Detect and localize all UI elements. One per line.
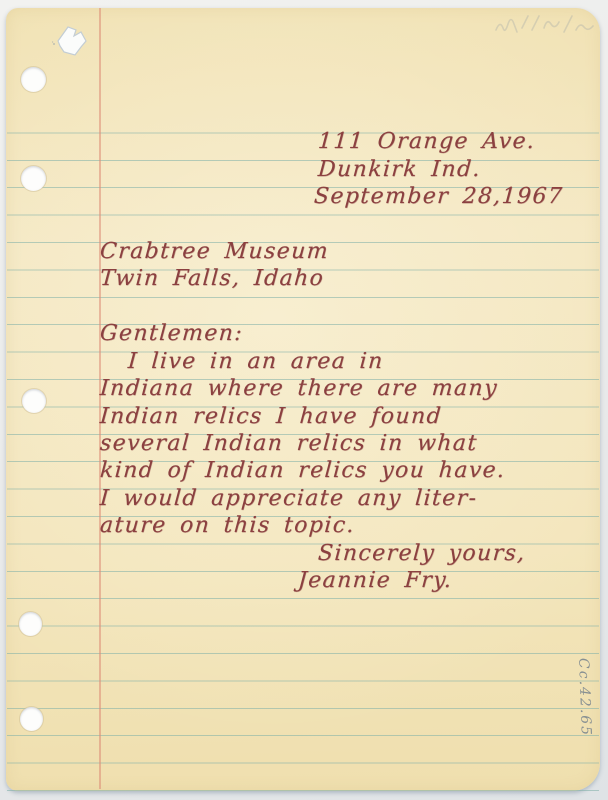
punch-hole — [22, 389, 46, 413]
recipient-line: Crabtree Museum — [99, 238, 330, 265]
body-line: ature on this topic. — [99, 512, 356, 539]
torn-hole — [52, 20, 96, 64]
faint-pencil-scribble — [492, 8, 600, 42]
punch-hole — [20, 707, 43, 731]
body-line: Indiana where there are many — [99, 375, 499, 402]
body-line: I live in an area in — [127, 348, 385, 375]
punch-hole — [19, 612, 42, 636]
body-line: I would appreciate any liter- — [99, 485, 478, 512]
punch-hole — [21, 67, 46, 92]
signature: Jeannie Fry. — [297, 567, 453, 594]
letter-date: September 28,1967 — [313, 183, 564, 210]
body-line: Indian relics I have found — [99, 403, 443, 430]
sender-address-line: Dunkirk Ind. — [317, 156, 482, 183]
punch-hole — [21, 166, 46, 191]
sender-address-line: 111 Orange Ave. — [317, 128, 536, 155]
salutation: Gentlemen: — [99, 320, 244, 347]
body-line: kind of Indian relics you have. — [99, 457, 506, 484]
body-line: several Indian relics in what — [99, 430, 479, 457]
closing: Sincerely yours, — [317, 540, 527, 567]
recipient-line: Twin Falls, Idaho — [99, 265, 325, 292]
